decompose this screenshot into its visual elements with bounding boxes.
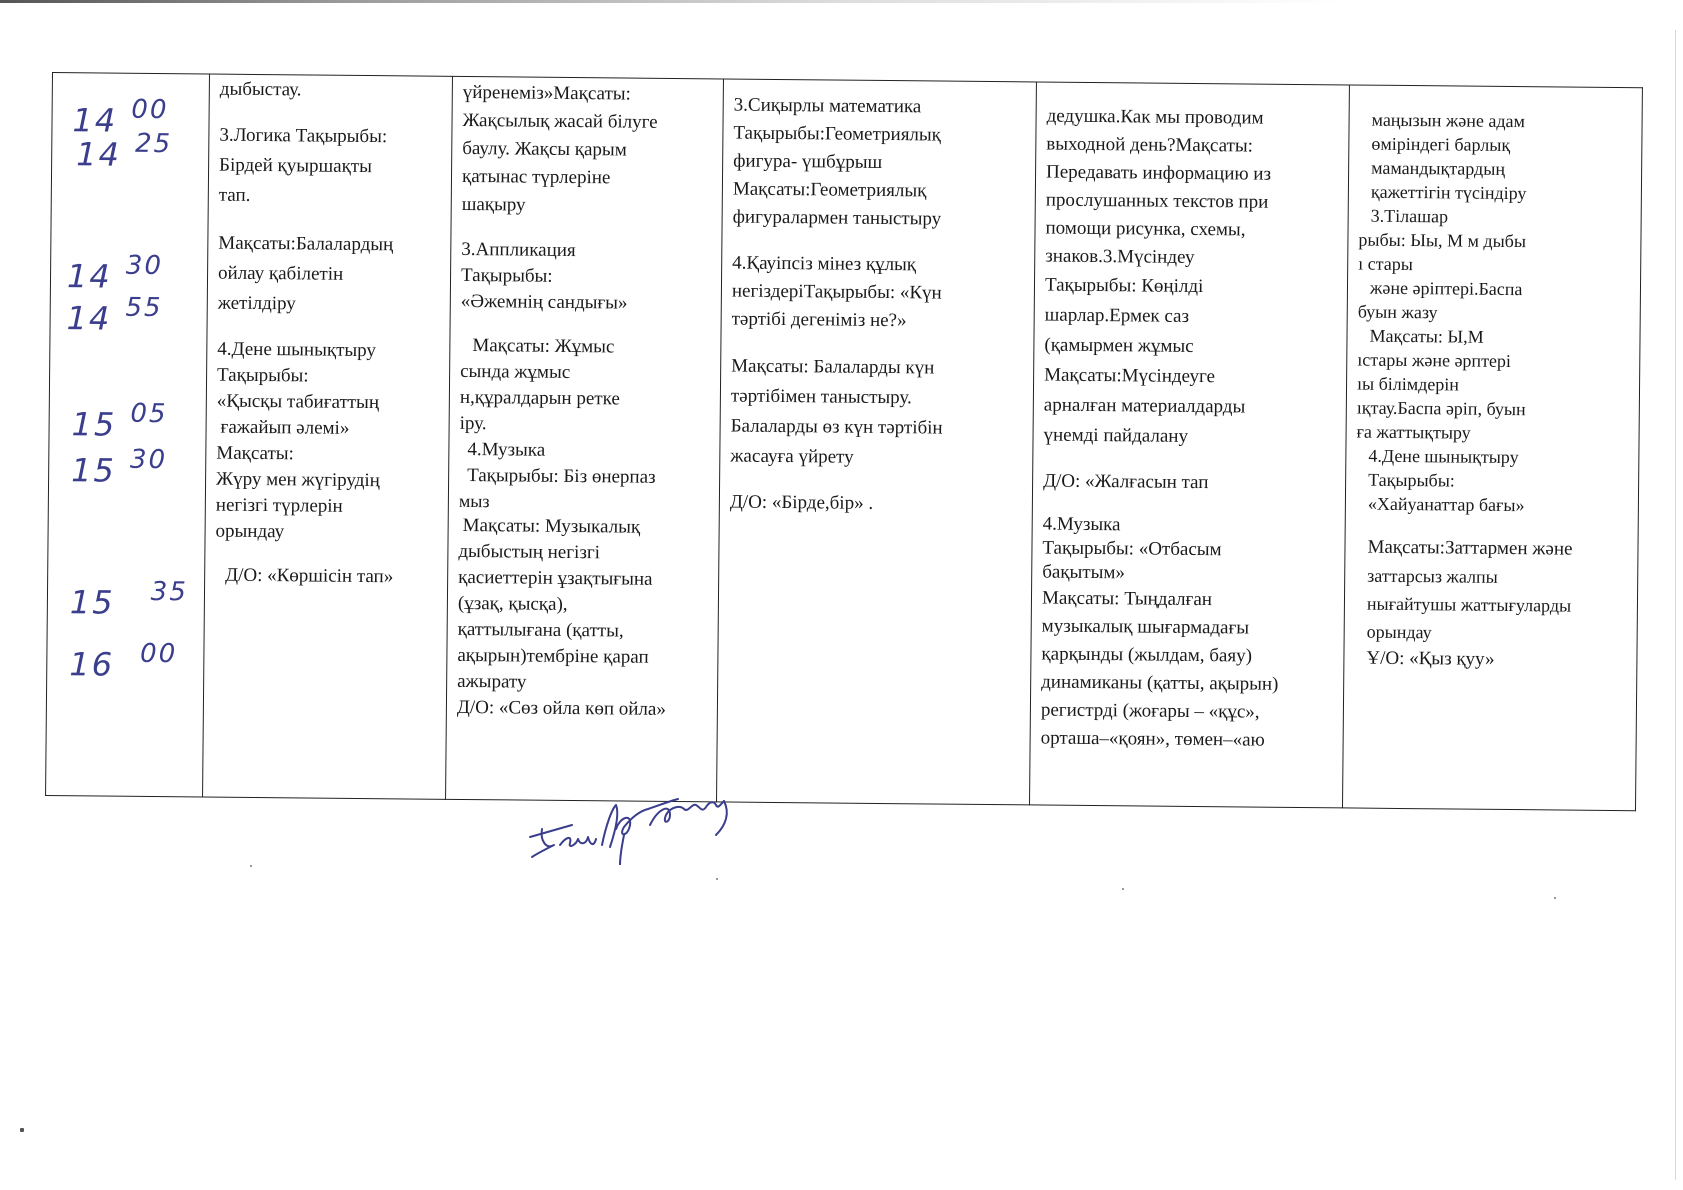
text-line: және әріптері.Баспа [1358,276,1634,303]
time-hour: 14 [76,135,121,173]
handwritten-time: 1505 [71,405,167,444]
lesson-title: знаков.3.Мүсіндеу [1045,243,1341,274]
didactic-game: Д/О: «Жалғасын тап [1043,469,1339,498]
text-line: Передавать информацию из [1046,159,1342,190]
day-column-2: үйренеміз»Мақсаты: Жақсылық жасай білуге… [446,76,724,802]
text-line: Тақырыбы: [1356,468,1632,495]
text-line: қатынас түрлеріне [462,163,716,193]
text-line: Жақсылық жасай білуге [462,107,716,137]
time-hour: 15 [71,405,116,443]
text-line: қарқынды (жылдам, баяу) [1041,641,1337,672]
text-line: ақырын)тембріне қарап [457,643,711,671]
text-line: Тақырыбы: «Отбасым [1042,537,1338,564]
scan-edge-right [1675,30,1676,1180]
text-line: жетілдіру [218,289,444,321]
text-line: шақыру [462,191,716,221]
time-minute: 30 [130,445,167,475]
text-line: динамиканы (қатты, ақырын) [1041,669,1337,700]
time-minute: 25 [135,129,172,159]
text-line: ойлау қабілетін [218,259,444,291]
lesson-title: 4.Қауіпсіз мінез құлық [732,250,1028,281]
time-hour: 16 [69,645,114,683]
time-minute: 00 [140,639,177,669]
text-line: бақытым» [1042,561,1338,588]
lesson-goal: Мақсаты: Тыңдалған [1042,585,1338,616]
time-column: 1400 1425 1430 1455 1505 1530 1535 1600 [46,73,210,797]
text-line: қаттылығана (қатты, [458,617,712,645]
text-line: помощи рисунка, схемы, [1045,215,1341,246]
lesson-plan-sheet: 1400 1425 1430 1455 1505 1530 1535 1600 … [45,72,1642,811]
text-line: выходной день?Мақсаты: [1046,131,1342,162]
didactic-game: Д/О: «Бірде,бір» . [730,490,1026,519]
text-line: ıқтау.Баспа әріп, буын [1357,396,1633,423]
lesson-title: 4.Дене шынықтыру [217,337,443,365]
lesson-title: 4.Дене шынықтыру [1356,444,1632,471]
text-line: (ұзақ, қысқа), [458,591,712,619]
text-line: орындау [1355,618,1631,649]
text-line: заттарсыз жалпы [1355,562,1631,593]
scan-speck [716,878,718,880]
scan-speck [1554,897,1556,899]
text-line: ıстары және әрптері [1357,348,1633,375]
lesson-goal: Мақсаты:Мүсіндеуге [1044,361,1340,394]
text-line: фигуралармен таныстыру [732,204,1028,235]
text-line: Бірдей қуыршақты [219,151,445,183]
signature-icon [520,765,760,865]
time-minute: 05 [130,399,167,429]
text-line: регистрді (жоғары – «құс», [1041,697,1337,728]
text-line: Тақырыбы: [461,263,715,291]
text-line: дыбыстау. [220,77,446,105]
time-hour: 14 [67,257,112,295]
handwritten-time: 1600 [69,645,177,684]
text-line: тәртібі дегеніміз не?» [732,306,1028,337]
scan-speck [20,1128,24,1132]
text-line: мамандықтардың [1359,156,1635,183]
time-minute: 55 [125,293,162,323]
didactic-game: Д/О: «Сөз ойла көп ойла» [457,695,711,723]
text-line: н,құралдарын ретке [460,385,714,413]
text-line: шарлар.Ермек саз [1045,301,1341,334]
lesson-title: 3.Аппликация [461,237,715,265]
lesson-goal: Мақсаты: Музыкалық [459,513,713,541]
text-line: Тақырыбы:Геометриялық [733,120,1029,151]
table-row: 1400 1425 1430 1455 1505 1530 1535 1600 … [46,73,1643,811]
handwritten-time: 1530 [71,451,167,490]
text-line: маңызын және адам [1359,108,1635,135]
time-minute: 35 [151,577,188,607]
text-line: (қамырмен жұмыс [1044,331,1340,364]
outdoor-game: Ұ/О: «Қыз қуу» [1354,646,1630,675]
lesson-title: 4.Музыка [1043,513,1339,540]
text-line: қасиеттерін ұзақтығына [458,565,712,593]
time-minute: 00 [131,95,168,125]
text-line: сында жұмыс [460,359,714,387]
scan-speck [250,865,252,867]
text-line: нығайтушы жаттығуларды [1355,590,1631,621]
text-line: «Хайуанаттар бағы» [1356,492,1632,519]
text-line: Балаларды өз күн тәртібін [730,412,1026,445]
lesson-title: 4.Музыка [459,437,713,465]
day-column-1: дыбыстау. 3.Логика Тақырыбы: Бірдей қуыр… [203,74,453,799]
text-line: Тақырыбы: Біз өнерпаз [459,463,713,491]
text-line: Тақырыбы: [217,363,443,391]
text-line: рыбы: Ыы, М м дыбы [1358,228,1634,255]
lesson-goal: Мақсаты:Заттармен және [1355,534,1631,565]
text-line: үнемді пайдалану [1043,421,1339,454]
text-line: дедушка.Как мы проводим [1046,103,1342,134]
text-line: арналған материалдарды [1044,391,1340,424]
text-line: тәртібімен таныстыру. [731,382,1027,415]
lesson-goal: Мақсаты: Ы,М [1357,324,1633,351]
lesson-title: 3.Логика Тақырыбы: [219,121,445,153]
text-line: буын жазу [1358,300,1634,327]
didactic-game: Д/О: «Көршісін тап» [215,563,441,591]
day-column-3: 3.Сиқырлы математика Тақырыбы:Геометриял… [717,79,1037,805]
text-line: мыз [459,489,713,515]
lesson-goal: Мақсаты: Жұмыс [460,333,714,361]
text-line: «Әжемнің сандығы» [461,289,715,317]
text-line: фигура- үшбұрыш [733,148,1029,179]
text-line: тап. [219,181,445,213]
text-line: өміріндегі барлық [1359,132,1635,159]
text-line: музыкалық шығармадағы [1042,613,1338,644]
text-line: ажырату [457,669,711,697]
lesson-title: 3.Сиқырлы математика [734,92,1030,123]
time-hour: 14 [66,299,111,337]
text-line: прослушанных текстов при [1046,187,1342,218]
handwritten-time: 1535 [70,583,188,622]
time-hour: 14 [72,101,117,139]
text-line: дыбыстың негізгі [458,539,712,567]
text-line: ға жаттықтыру [1356,420,1632,447]
lesson-goal: Мақсаты:Балалардың [218,229,444,261]
text-line: «Қысқы табиғаттың [217,389,443,417]
time-minute: 30 [126,251,163,281]
text-line: орташа–«қоян», төмен–«аю [1041,725,1337,756]
time-hour: 15 [70,583,115,621]
time-hour: 15 [71,451,116,489]
handwritten-time: 1455 [66,299,162,338]
lesson-goal: Мақсаты: Балаларды күн [731,352,1027,385]
scan-speck [1122,888,1124,890]
day-column-4: дедушка.Как мы проводим выходной день?Ма… [1030,82,1350,808]
text-line: үйренеміз»Мақсаты: [463,79,717,109]
lesson-title: 3.Тілашар [1359,204,1635,231]
day-column-5: маңызын және адам өміріндегі барлық мама… [1342,85,1642,811]
text-line: Тақырыбы: Көңілді [1045,271,1341,304]
handwritten-time: 1430 [67,257,163,296]
text-line: негіздеріТақырыбы: «Күн [732,278,1028,309]
text-line: ғажайып әлемі» [216,415,442,443]
text-line: ı стары [1358,252,1634,279]
lesson-goal: Мақсаты: [216,441,442,469]
lesson-goal: Мақсаты:Геометриялық [733,176,1029,207]
text-line: баулу. Жақсы қарым [462,135,716,165]
text-line: Жүру мен жүгірудің [216,467,442,495]
text-line: орындау [215,519,441,547]
lesson-plan-table: 1400 1425 1430 1455 1505 1530 1535 1600 … [45,72,1643,811]
scan-edge-shadow [0,0,1683,3]
text-line: ıы білімдерін [1357,372,1633,399]
text-line: іру. [460,411,714,439]
text-line: жасауға үйрету [730,442,1026,475]
handwritten-time: 1425 [76,135,172,174]
text-line: негізгі түрлерін [216,493,442,521]
text-line: қажеттігін түсіндіру [1359,180,1635,207]
